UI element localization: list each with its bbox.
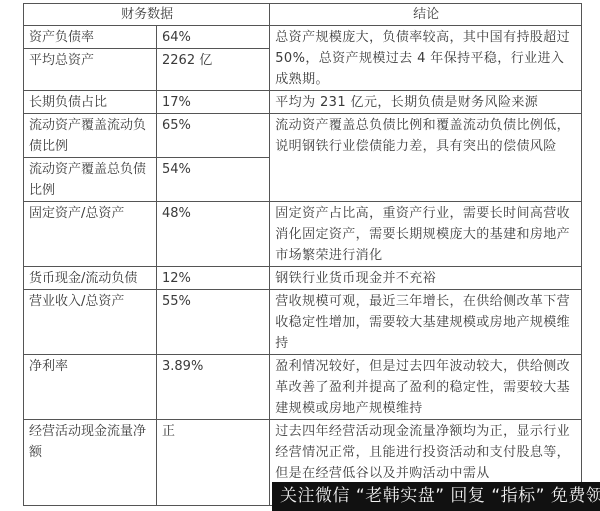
table-row: 资产负债率 64% 总资产规模庞大，负债率较高，其中国有持股超过 50%，总资产…	[24, 26, 582, 49]
table-row: 长期负债占比 17% 平均为 231 亿元，长期负债是财务风险来源	[24, 91, 582, 114]
value-cell: 48%	[157, 202, 270, 267]
value-cell: 12%	[157, 267, 270, 290]
conclusion-cell: 钢铁行业货币现金并不充裕	[270, 267, 582, 290]
metric-cell: 长期负债占比	[24, 91, 157, 114]
metric-cell: 平均总资产	[24, 49, 157, 91]
metric-cell: 固定资产/总资产	[24, 202, 157, 267]
financial-analysis-table: 财务数据 结论 资产负债率 64% 总资产规模庞大，负债率较高，其中国有持股超过…	[23, 3, 582, 506]
conclusion-cell: 营收规模可观，最近三年增长，在供给侧改革下营收稳定性增加，需要较大基建规模或房地…	[270, 290, 582, 355]
conclusion-cell: 平均为 231 亿元，长期负债是财务风险来源	[270, 91, 582, 114]
metric-cell: 资产负债率	[24, 26, 157, 49]
value-cell: 65%	[157, 114, 270, 158]
value-cell: 3.89%	[157, 355, 270, 420]
metric-cell: 流动资产覆盖流动负债比例	[24, 114, 157, 158]
conclusion-cell: 固定资产占比高，重资产行业，需要长时间高营收消化固定资产，需要长期规模庞大的基建…	[270, 202, 582, 267]
value-cell: 55%	[157, 290, 270, 355]
table-row: 固定资产/总资产 48% 固定资产占比高，重资产行业，需要长时间高营收消化固定资…	[24, 202, 582, 267]
conclusion-cell: 流动资产覆盖总负债比例和覆盖流动负债比例低，说明钢铁行业偿债能力差，具有突出的偿…	[270, 114, 582, 202]
header-conclusion: 结论	[270, 4, 582, 26]
conclusion-cell: 盈利情况较好，但是过去四年波动较大，供给侧改革改善了盈利并提高了盈利的稳定性，需…	[270, 355, 582, 420]
metric-cell: 流动资产覆盖总负债比例	[24, 158, 157, 202]
metric-cell: 货币现金/流动负债	[24, 267, 157, 290]
value-cell: 64%	[157, 26, 270, 49]
table-row: 净利率 3.89% 盈利情况较好，但是过去四年波动较大，供给侧改革改善了盈利并提…	[24, 355, 582, 420]
value-cell: 2262 亿	[157, 49, 270, 91]
metric-cell: 营业收入/总资产	[24, 290, 157, 355]
table-row: 货币现金/流动负债 12% 钢铁行业货币现金并不充裕	[24, 267, 582, 290]
table-row: 营业收入/总资产 55% 营收规模可观，最近三年增长，在供给侧改革下营收稳定性增…	[24, 290, 582, 355]
value-cell: 54%	[157, 158, 270, 202]
value-cell: 正	[157, 420, 270, 506]
conclusion-cell: 总资产规模庞大，负债率较高，其中国有持股超过 50%，总资产规模过去 4 年保持…	[270, 26, 582, 91]
table-header-row: 财务数据 结论	[24, 4, 582, 26]
header-financial-data: 财务数据	[24, 4, 270, 26]
value-cell: 17%	[157, 91, 270, 114]
metric-cell: 经营活动现金流量净额	[24, 420, 157, 506]
metric-cell: 净利率	[24, 355, 157, 420]
watermark-banner: 关注微信 “老韩实盘” 回复 “指标” 免费领	[272, 482, 600, 511]
table-row: 流动资产覆盖流动负债比例 65% 流动资产覆盖总负债比例和覆盖流动负债比例低，说…	[24, 114, 582, 158]
